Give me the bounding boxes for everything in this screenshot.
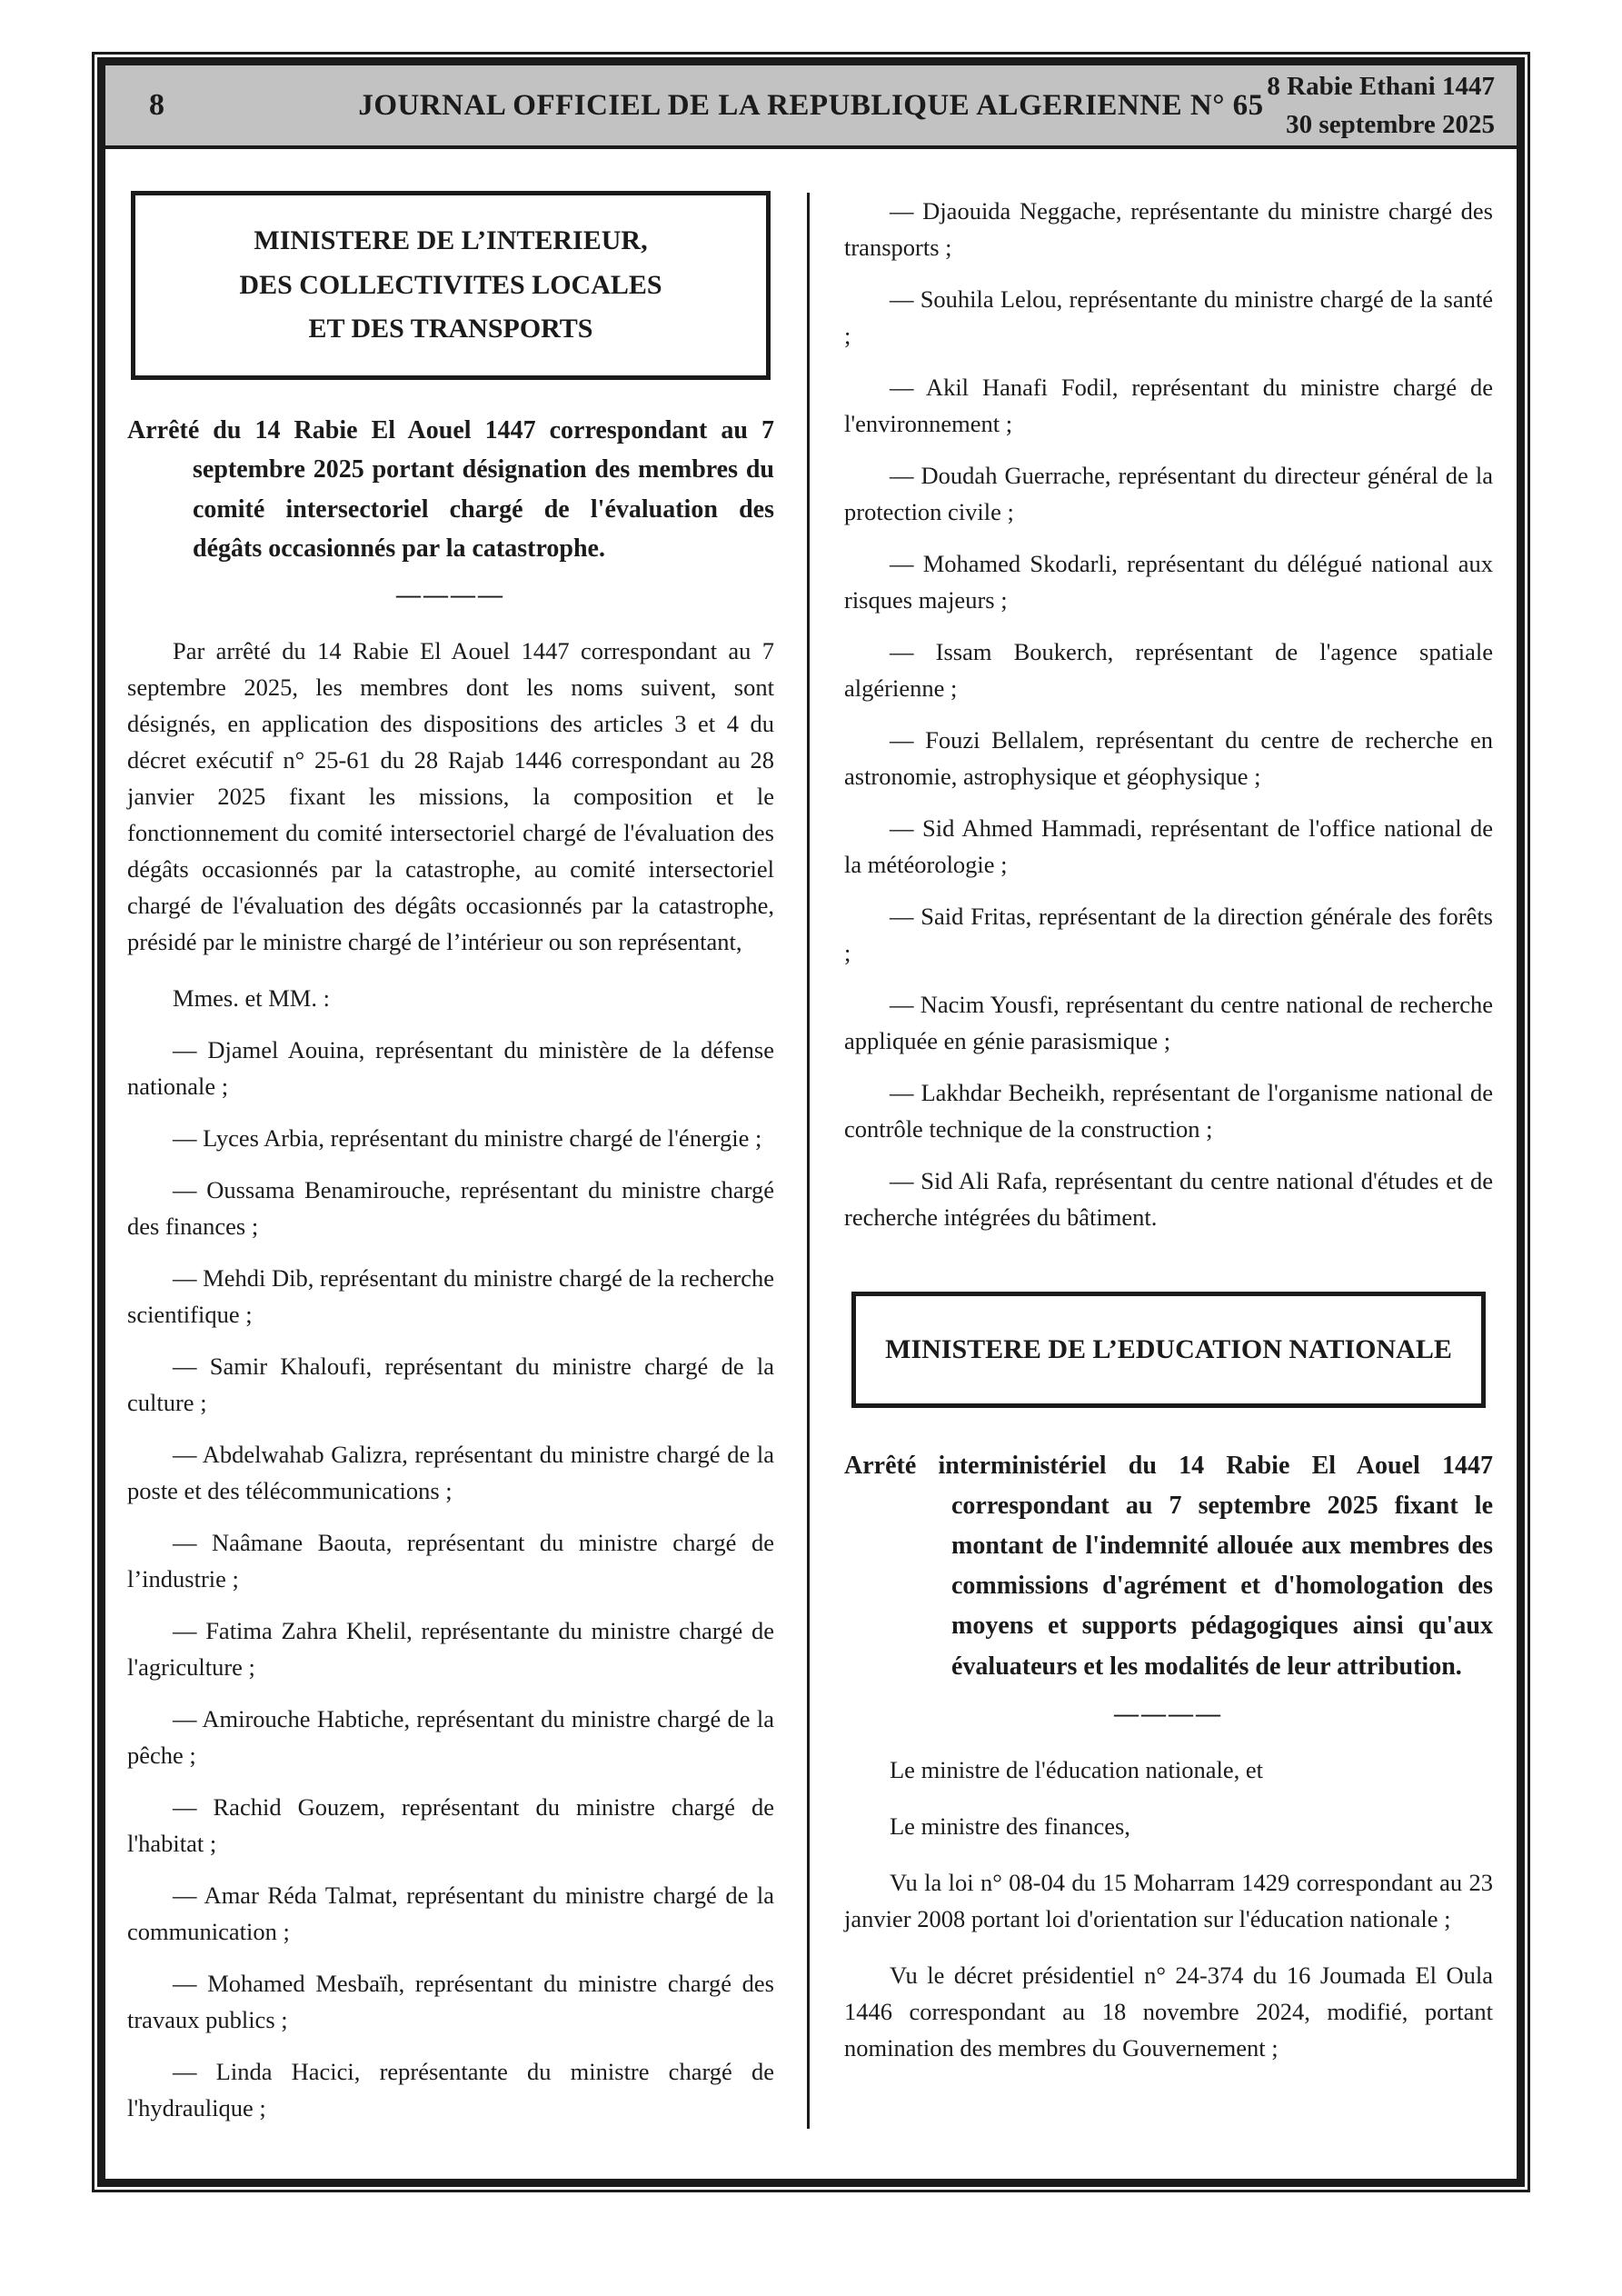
page-frame: 8 JOURNAL OFFICIEL DE LA REPUBLIQUE ALGE… [92,52,1530,2192]
masthead: 8 JOURNAL OFFICIEL DE LA REPUBLIQUE ALGE… [105,65,1517,149]
visa-paragraph: Vu la loi n° 08-04 du 15 Moharram 1429 c… [844,1864,1493,1937]
member-item: — Rachid Gouzem, représentant du ministr… [127,1789,774,1862]
ministry-box-line: DES COLLECTIVITES LOCALES [239,270,662,300]
member-item: — Nacim Yousfi, représentant du centre n… [844,986,1493,1059]
ministry-interior-box: MINISTERE DE L’INTERIEUR, DES COLLECTIVI… [131,191,771,380]
member-item: — Djaouida Neggache, représentante du mi… [844,193,1493,265]
journal-title: JOURNAL OFFICIEL DE LA REPUBLIQUE ALGERI… [358,89,1263,123]
member-item: — Samir Khaloufi, représentant du minist… [127,1348,774,1421]
member-item: — Sid Ali Rafa, représentant du centre n… [844,1163,1493,1235]
member-item: — Fouzi Bellalem, représentant du centre… [844,722,1493,794]
dash-separator: ———— [127,581,774,609]
gregorian-date: 30 septembre 2025 [1286,110,1495,139]
member-item: — Lyces Arbia, représentant du ministre … [127,1120,774,1156]
ministry-education-box: MINISTERE DE L’EDUCATION NATIONALE [851,1292,1486,1408]
member-item: — Souhila Lelou, représentante du minist… [844,281,1493,354]
member-item: — Linda Hacici, représentante du ministr… [127,2053,774,2126]
ministry-box-line: ET DES TRANSPORTS [309,314,593,344]
ministry-box-line: MINISTERE DE L’INTERIEUR, [254,225,647,255]
member-item: — Naâmane Baouta, représentant du minist… [127,1524,774,1597]
visa-paragraph: Vu le décret présidentiel n° 24-374 du 1… [844,1957,1493,2066]
left-column: MINISTERE DE L’INTERIEUR, DES COLLECTIVI… [127,191,774,2126]
member-item: — Djamel Aouina, représentant du ministè… [127,1032,774,1104]
member-item: — Issam Boukerch, représentant de l'agen… [844,634,1493,706]
page-columns: MINISTERE DE L’INTERIEUR, DES COLLECTIVI… [105,149,1517,2126]
minister-line: Le ministre de l'éducation nationale, et [844,1752,1493,1788]
member-item: — Mehdi Dib, représentant du ministre ch… [127,1260,774,1333]
page-frame-inner: 8 JOURNAL OFFICIEL DE LA REPUBLIQUE ALGE… [97,57,1525,2187]
member-item: — Amirouche Habtiche, représentant du mi… [127,1701,774,1773]
member-item: — Oussama Benamirouche, représentant du … [127,1172,774,1244]
member-item: — Akil Hanafi Fodil, représentant du min… [844,369,1493,442]
intro-paragraph: Par arrêté du 14 Rabie El Aouel 1447 cor… [127,633,774,960]
right-column: — Djaouida Neggache, représentante du mi… [844,191,1493,2126]
member-item: — Said Fritas, représentant de la direct… [844,898,1493,971]
page-number: 8 [149,88,164,123]
member-item: — Abdelwahab Galizra, représentant du mi… [127,1436,774,1509]
member-item: — Doudah Guerrache, représentant du dire… [844,457,1493,530]
minister-line: Le ministre des finances, [844,1808,1493,1844]
masthead-dates: 8 Rabie Ethani 1447 30 septembre 2025 [1267,67,1495,144]
member-item: — Mohamed Mesbaïh, représentant du minis… [127,1965,774,2038]
salutation: Mmes. et MM. : [127,980,774,1016]
member-item: — Fatima Zahra Khelil, représentante du … [127,1612,774,1685]
hijri-date: 8 Rabie Ethani 1447 [1267,72,1495,101]
member-item: — Sid Ahmed Hammadi, représentant de l'o… [844,810,1493,883]
member-item: — Lakhdar Becheikh, représentant de l'or… [844,1074,1493,1147]
decree-title: Arrêté du 14 Rabie El Aouel 1447 corresp… [127,411,774,569]
dash-separator: ———— [844,1700,1493,1728]
member-item: — Amar Réda Talmat, représentant du mini… [127,1877,774,1950]
member-item: — Mohamed Skodarli, représentant du délé… [844,545,1493,618]
decree-title: Arrêté interministériel du 14 Rabie El A… [844,1446,1493,1687]
